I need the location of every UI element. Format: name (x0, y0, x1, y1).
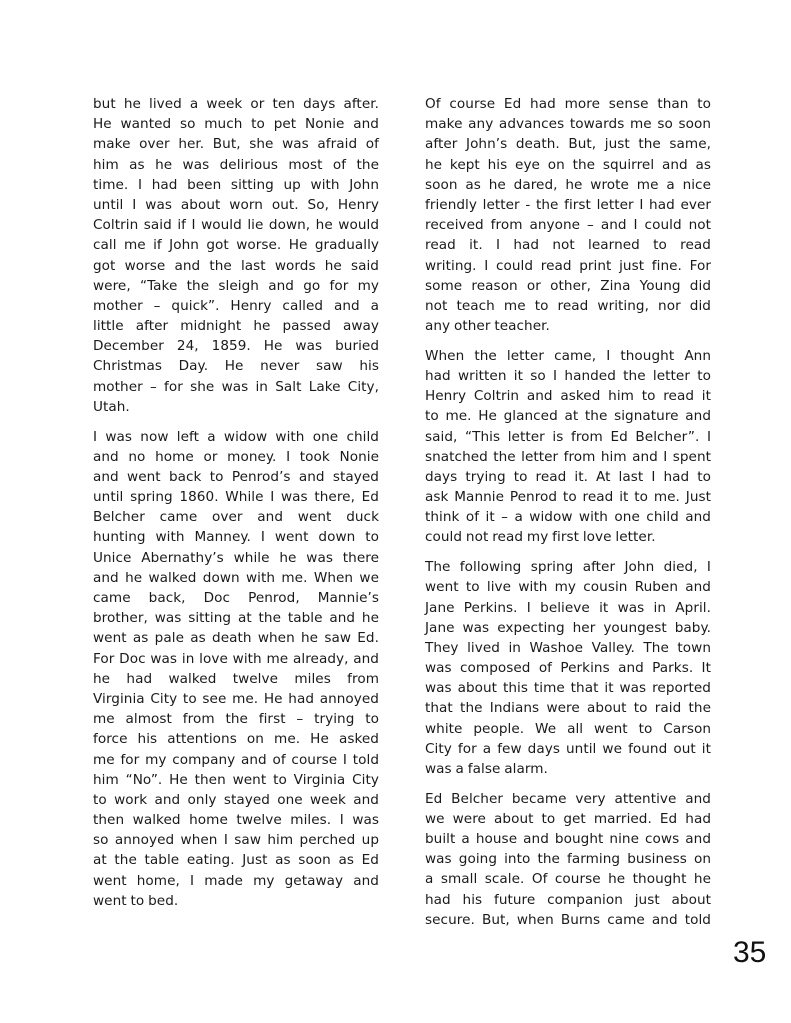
text-line: soon as he dared, he wrote me a nice (425, 175, 711, 195)
text-line: could not read my first love letter. (425, 527, 711, 547)
text-line: he kept his eye on the squirrel and as (425, 155, 711, 175)
text-line: was about this time that it was reported (425, 678, 711, 698)
text-line: hunting with Manney. I went down to (93, 527, 379, 547)
text-line: Belcher came over and went duck (93, 507, 379, 527)
text-line: December 24, 1859. He was buried (93, 336, 379, 356)
text-line: went as pale as death when he saw Ed. (93, 628, 379, 648)
text-line: For Doc was in love with me already, and (93, 649, 379, 669)
text-line: Of course Ed had more sense than to (425, 94, 711, 114)
text-line: until I was about worn out. So, Henry (93, 195, 379, 215)
text-line: went to bed. (93, 891, 379, 911)
text-line: said, “This letter is from Ed Belcher”. … (425, 427, 711, 447)
text-line: friendly letter - the first letter I had… (425, 195, 711, 215)
text-line: Henry Coltrin and asked him to read it (425, 386, 711, 406)
text-line: after John’s death. But, just the same, (425, 134, 711, 154)
text-line: and went back to Penrod’s and stayed (93, 467, 379, 487)
text-line: ask Mannie Penrod to read it to me. Just (425, 487, 711, 507)
text-line: to me. He glanced at the signature and (425, 406, 711, 426)
text-line: then walked home twelve miles. I was (93, 810, 379, 830)
text-line: was going into the farming business on (425, 849, 711, 869)
text-line: little after midnight he passed away (93, 316, 379, 336)
text-line: Ed Belcher became very attentive and (425, 789, 711, 809)
text-line: to work and only stayed one week and (93, 790, 379, 810)
text-line: any other teacher. (425, 316, 711, 336)
text-line: They lived in Washoe Valley. The town (425, 638, 711, 658)
text-line: time. I had been sitting up with John (93, 175, 379, 195)
left-column: but he lived a week or ten days after.He… (93, 94, 379, 921)
text-line: got worse and the last words he said (93, 256, 379, 276)
text-line: not teach me to read writing, nor did (425, 296, 711, 316)
text-line: but he lived a week or ten days after. (93, 94, 379, 114)
text-line: City for a few days until we found out i… (425, 739, 711, 759)
text-line: think of it – a widow with one child and (425, 507, 711, 527)
text-line: mother – for she was in Salt Lake City, (93, 377, 379, 397)
text-line: Jane Perkins. I believe it was in April. (425, 598, 711, 618)
text-line: and no home or money. I took Nonie (93, 447, 379, 467)
text-line: had written it so I handed the letter to (425, 366, 711, 386)
text-line: brother, was sitting at the table and he (93, 608, 379, 628)
text-line: built a house and bought nine cows and (425, 829, 711, 849)
paragraph: Ed Belcher became very attentive andwe w… (425, 789, 711, 930)
text-line: that the Indians were about to raid the (425, 698, 711, 718)
text-line: Virginia City to see me. He had annoyed (93, 689, 379, 709)
text-line: some reason or other, Zina Young did (425, 276, 711, 296)
paragraph: but he lived a week or ten days after.He… (93, 94, 379, 417)
text-line: went to live with my cousin Ruben and (425, 577, 711, 597)
text-line: was a false alarm. (425, 759, 711, 779)
text-line: I was now left a widow with one child (93, 427, 379, 447)
paragraph: I was now left a widow with one childand… (93, 427, 379, 912)
text-line: read it. I had not learned to read (425, 235, 711, 255)
text-line: The following spring after John died, I (425, 557, 711, 577)
text-line: call me if John got worse. He gradually (93, 235, 379, 255)
text-line: make any advances towards me so soon (425, 114, 711, 134)
text-line: days trying to read it. At last I had to (425, 467, 711, 487)
text-line: so annoyed when I saw him perched up (93, 830, 379, 850)
right-column: Of course Ed had more sense than tomake … (425, 94, 711, 940)
text-line: were, “Take the sleigh and go for my (93, 276, 379, 296)
text-line: writing. I could read print just fine. F… (425, 256, 711, 276)
paragraph: When the letter came, I thought Annhad w… (425, 346, 711, 548)
text-line: white people. We all went to Carson (425, 719, 711, 739)
text-line: went home, I made my getaway and (93, 871, 379, 891)
text-line: Utah. (93, 397, 379, 417)
text-line: and he walked down with me. When we (93, 568, 379, 588)
text-line: secure. But, when Burns came and told (425, 910, 711, 930)
paragraph: Of course Ed had more sense than tomake … (425, 94, 711, 336)
text-line: received from anyone – and I could not (425, 215, 711, 235)
text-line: Jane was expecting her youngest baby. (425, 618, 711, 638)
document-page: but he lived a week or ten days after.He… (0, 0, 791, 1023)
text-line: came back, Doc Penrod, Mannie’s (93, 588, 379, 608)
text-line: Unice Abernathy’s while he was there (93, 548, 379, 568)
text-line: a small scale. Of course he thought he (425, 869, 711, 889)
text-line: force his attentions on me. He asked (93, 729, 379, 749)
text-line: mother – quick”. Henry called and a (93, 296, 379, 316)
text-line: had his future companion just about (425, 890, 711, 910)
text-line: was composed of Perkins and Parks. It (425, 658, 711, 678)
paragraph: The following spring after John died, Iw… (425, 557, 711, 779)
text-line: When the letter came, I thought Ann (425, 346, 711, 366)
text-line: we were about to get married. Ed had (425, 809, 711, 829)
text-line: He wanted so much to pet Nonie and (93, 114, 379, 134)
text-line: he had walked twelve miles from (93, 669, 379, 689)
text-line: him as he was delirious most of the (93, 155, 379, 175)
text-line: at the table eating. Just as soon as Ed (93, 850, 379, 870)
page-number: 35 (733, 936, 766, 970)
text-line: me for my company and of course I told (93, 750, 379, 770)
text-line: snatched the letter from him and I spent (425, 447, 711, 467)
text-line: me almost from the first – trying to (93, 709, 379, 729)
text-line: Christmas Day. He never saw his (93, 356, 379, 376)
text-line: until spring 1860. While I was there, Ed (93, 487, 379, 507)
text-line: Coltrin said if I would lie down, he wou… (93, 215, 379, 235)
text-line: make over her. But, she was afraid of (93, 134, 379, 154)
text-line: him “No”. He then went to Virginia City (93, 770, 379, 790)
